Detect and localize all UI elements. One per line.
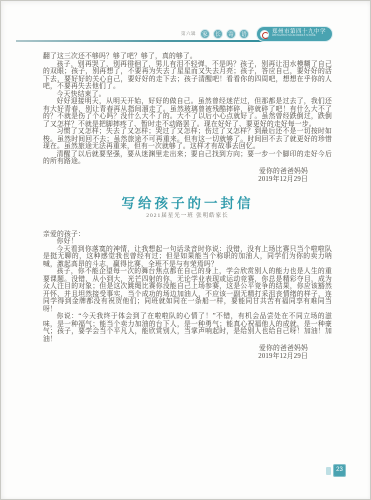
page-number-badge: 23 — [333, 464, 346, 477]
page-header: 第六辑 家 长 寄 语 郑州市第四十九中学 ZHENGZHOU NO.49 MI… — [181, 27, 332, 41]
letter2-signature-block: 爱你的爸爸妈妈 2019年12月29日 — [43, 345, 308, 361]
school-logo-icon — [260, 30, 269, 39]
page-footer: 23 — [326, 464, 346, 477]
letter2-greeting: 你好！ — [43, 238, 332, 246]
letter2-date: 2019年12月29日 — [43, 353, 308, 361]
letter1-signature: 爱你的爸爸妈妈 — [43, 168, 308, 176]
section-badge-1: 家 — [200, 29, 210, 39]
section-badge-3: 寄 — [226, 29, 236, 39]
letter1-paragraph: 孩子，别再哭了，别再徘徊了，男儿有泪不轻弹，不是吗？孩子，别再让泪水模糊了自己的… — [43, 61, 332, 91]
section-badge-4: 语 — [239, 29, 249, 39]
section-subtitle: 2021届星光一班 张明皓家长 — [43, 213, 332, 221]
school-banner: 郑州市第四十九中学 ZHENGZHOU NO.49 MIDDLE SCHOOL — [257, 27, 332, 41]
letter1-date: 2019年12月29日 — [43, 176, 308, 184]
letter1-paragraph: 好好迎接明天，从明天开始，好好的做自己。虽然曾经迷茫过，但那都是过去了，我们还有… — [43, 98, 332, 128]
letter1-paragraph: 习惯了又怎样；失去了又怎样；哭过了又怎样；伤过了又怎样？到最后还不是一切按时如梭… — [43, 128, 332, 151]
letter1-paragraph: 清醒了以后就要坚强，要从迷渊里走出来；要自己找到方向；要一步一个脚印的走好今后的… — [43, 151, 332, 166]
section-badge-2: 长 — [213, 29, 223, 39]
section-title: 写给孩子的一封信 — [43, 200, 332, 208]
letter-2: 亲爱的孩子： 你好！ 今天看到你落寞的神情，让我想起一句话录音时你说：没错，没有… — [43, 231, 332, 362]
letter1-paragraph: 翻了这三次还不够吗？够了吧？够了，真的够了。 — [43, 53, 332, 61]
letter2-paragraph: 今天看到你落寞的神情，让我想起一句话录音时你说：没错，没有上场比赛只当个啦啦队是… — [43, 246, 332, 269]
document-page: 第六辑 家 长 寄 语 郑州市第四十九中学 ZHENGZHOU NO.49 MI… — [0, 0, 371, 500]
school-name-block: 郑州市第四十九中学 ZHENGZHOU NO.49 MIDDLE SCHOOL — [272, 30, 326, 38]
page-number-accent — [326, 467, 331, 475]
letter1-paragraph: 今天快结束了。 — [43, 91, 332, 99]
letter2-paragraph: 你说：“今天我终于体会到了在啦啦队的心情了！”不错，有机会品尝处在不同立场的滋味… — [43, 313, 332, 343]
letter2-salutation: 亲爱的孩子： — [43, 231, 332, 239]
letter2-paragraph: 孩子，你不能企望每一次的舞台焦点都在自己的身上，学会欣赏别人的能力也是人生的重要… — [43, 268, 332, 313]
letter1-signature-block: 爱你的爸爸妈妈 2019年12月29日 — [43, 168, 308, 184]
volume-label: 第六辑 — [181, 31, 196, 37]
letter2-signature: 爱你的爸爸妈妈 — [43, 345, 308, 353]
letter-1: 翻了这三次还不够吗？够了吧？够了，真的够了。 孩子，别再哭了，别再徘徊了，男儿有… — [43, 53, 332, 184]
school-name-en: ZHENGZHOU NO.49 MIDDLE SCHOOL — [272, 35, 321, 38]
page-content: 翻了这三次还不够吗？够了吧？够了，真的够了。 孩子，别再哭了，别再徘徊了，男儿有… — [43, 53, 332, 361]
